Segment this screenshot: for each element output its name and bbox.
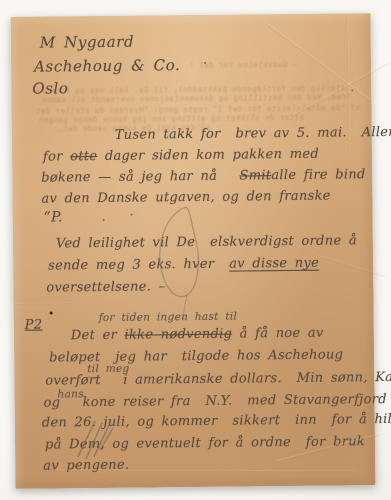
letter-line: Tusen takk for brev av 5. mai. Allerede: [115, 125, 391, 143]
line-text: sende meg 3 eks. hver: [48, 257, 229, 274]
letter-line: oversettelsene. –: [46, 279, 165, 295]
letter-line: bøkene — så jeg har nå Smitalle fire bin…: [41, 167, 366, 185]
margin-annotation: P2: [25, 318, 43, 333]
letter-line: og kone reiser fra N.Y. med Stavangerfjo…: [44, 392, 387, 411]
letter-line: av den Danske utgaven, og den franske: [41, 189, 330, 207]
letter-line: Ved leilighet vil De elskverdigst ordne …: [56, 233, 357, 251]
ink-speck: [204, 62, 206, 64]
inserted-correction: for tiden ingen hast til: [99, 311, 238, 324]
struck-words: ikke nødvendig: [124, 327, 232, 343]
recipient-company: Aschehoug & Co.: [34, 56, 181, 76]
letter-line: på Dem, og eventuelt for å ordne for bru…: [45, 434, 365, 452]
letter-line: den 26. juli, og kommer sikkert inn for …: [42, 412, 391, 431]
line-text: dager siden kom pakken med: [97, 147, 319, 164]
struck-word: Smit: [239, 168, 271, 183]
letter-line: “P.: [44, 209, 63, 225]
letter-line: sende meg 3 eks. hver av disse nye: [48, 256, 319, 274]
photo-of-letter: – Gudskjelov for det ! sterlig den fortl…: [0, 0, 391, 500]
recipient-city: Oslo: [32, 79, 68, 97]
sender-name: M Nygaard: [40, 33, 135, 52]
paper-crease: [309, 252, 386, 277]
line-text: alle fire bind: [271, 167, 365, 183]
line-text: for: [43, 149, 70, 164]
ink-speck: [50, 311, 53, 314]
ink-speck: [351, 89, 353, 91]
letter-line: overført i amerikanske dollars. Min sønn…: [45, 370, 391, 389]
line-text: Det er: [71, 328, 125, 344]
line-text: å få noe av: [232, 326, 324, 342]
underlined-words: av disse nye: [229, 256, 319, 272]
ink-speck: [103, 219, 105, 221]
paper-crease: [14, 302, 76, 304]
letter-line: av pengene.: [43, 458, 129, 474]
letter-paper: – Gudskjelov for det ! sterlig den fortl…: [11, 13, 376, 489]
letter-line: for otte dager siden kom pakken med: [43, 147, 319, 165]
line-text: bøkene — så jeg har nå: [41, 169, 239, 186]
ink-speck: [131, 214, 133, 216]
ink-offset-line: fram, med den bestilling og dokumentasjo…: [41, 92, 351, 104]
struck-word: otte: [70, 149, 97, 164]
letter-line: Det er ikke nødvendig å få noe av: [71, 326, 324, 344]
